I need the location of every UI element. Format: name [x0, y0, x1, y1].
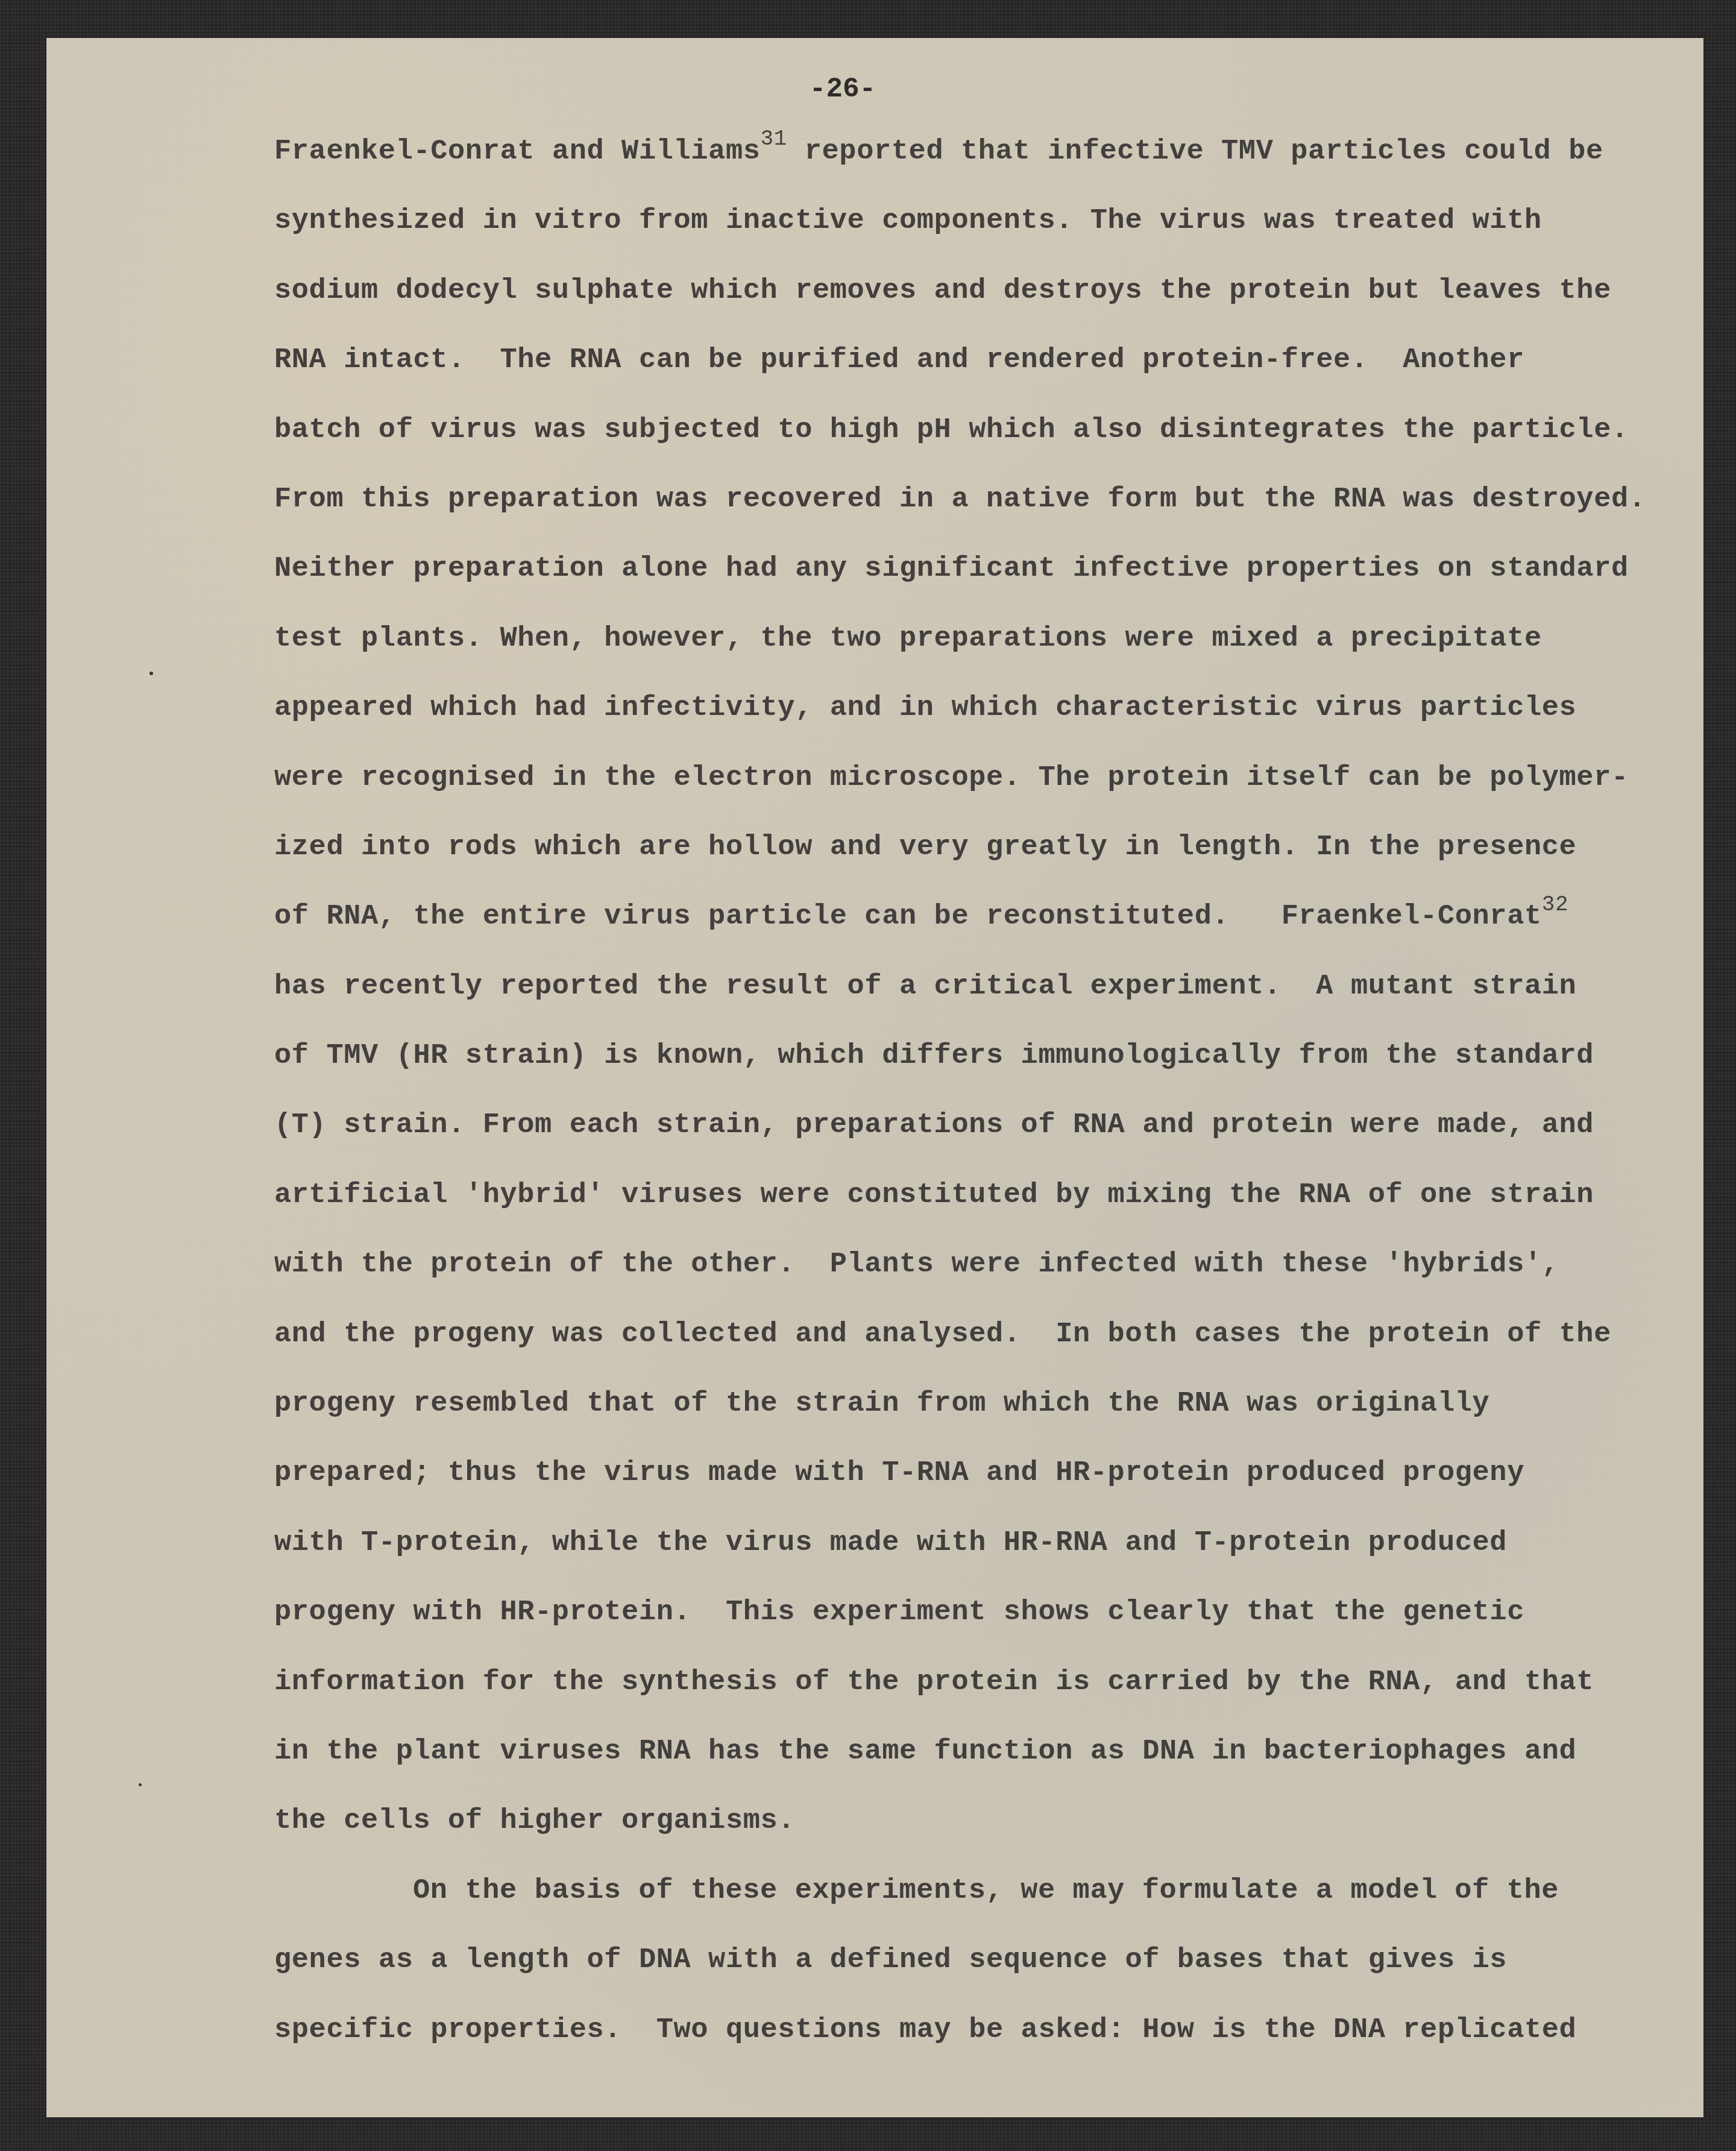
text-line: of TMV (HR strain) is known, which diffe…	[274, 1038, 1697, 1107]
text-line: sodium dodecyl sulphate which removes an…	[274, 273, 1697, 342]
footnote-ref: 31	[761, 127, 787, 151]
text-line: test plants. When, however, the two prep…	[274, 621, 1697, 690]
text-line: the cells of higher organisms.	[274, 1803, 1697, 1872]
text-line: of RNA, the entire virus particle can be…	[274, 899, 1697, 968]
text-line: prepared; thus the virus made with T-RNA…	[274, 1455, 1697, 1525]
text-line: synthesized in vitro from inactive compo…	[274, 203, 1697, 272]
text-line: and the progeny was collected and analys…	[274, 1317, 1697, 1386]
margin-speck	[139, 1783, 142, 1786]
text-line: genes as a length of DNA with a defined …	[274, 1942, 1697, 2012]
text-line: appeared which had infectivity, and in w…	[274, 690, 1697, 760]
text-line: in the plant viruses RNA has the same fu…	[274, 1734, 1697, 1803]
footnote-ref: 32	[1542, 892, 1568, 917]
body-text: Fraenkel-Conrat and Williams31 reported …	[274, 134, 1697, 2082]
text-line: were recognised in the electron microsco…	[274, 760, 1697, 830]
text-line: batch of virus was subjected to high pH …	[274, 412, 1697, 482]
text-line: (T) strain. From each strain, preparatio…	[274, 1107, 1697, 1177]
text-line: information for the synthesis of the pro…	[274, 1664, 1697, 1734]
text-line: artificial 'hybrid' viruses were constit…	[274, 1177, 1697, 1247]
margin-speck	[149, 672, 153, 675]
text-line: specific properties. Two questions may b…	[274, 2012, 1697, 2082]
text-line: Fraenkel-Conrat and Williams31 reported …	[274, 134, 1697, 203]
text-line: Neither preparation alone had any signif…	[274, 551, 1697, 620]
text-line: RNA intact. The RNA can be purified and …	[274, 342, 1697, 412]
text-line: progeny resembled that of the strain fro…	[274, 1386, 1697, 1455]
text-line: progeny with HR-protein. This experiment…	[274, 1595, 1697, 1664]
text-line: From this preparation was recovered in a…	[274, 482, 1697, 551]
text-line: with T-protein, while the virus made wit…	[274, 1525, 1697, 1595]
text-line: ized into rods which are hollow and very…	[274, 830, 1697, 899]
paragraph-start-line: On the basis of these experiments, we ma…	[274, 1873, 1697, 1942]
text-line: with the protein of the other. Plants we…	[274, 1247, 1697, 1316]
text-line: has recently reported the result of a cr…	[274, 969, 1697, 1038]
page-number: -26-	[794, 71, 891, 107]
